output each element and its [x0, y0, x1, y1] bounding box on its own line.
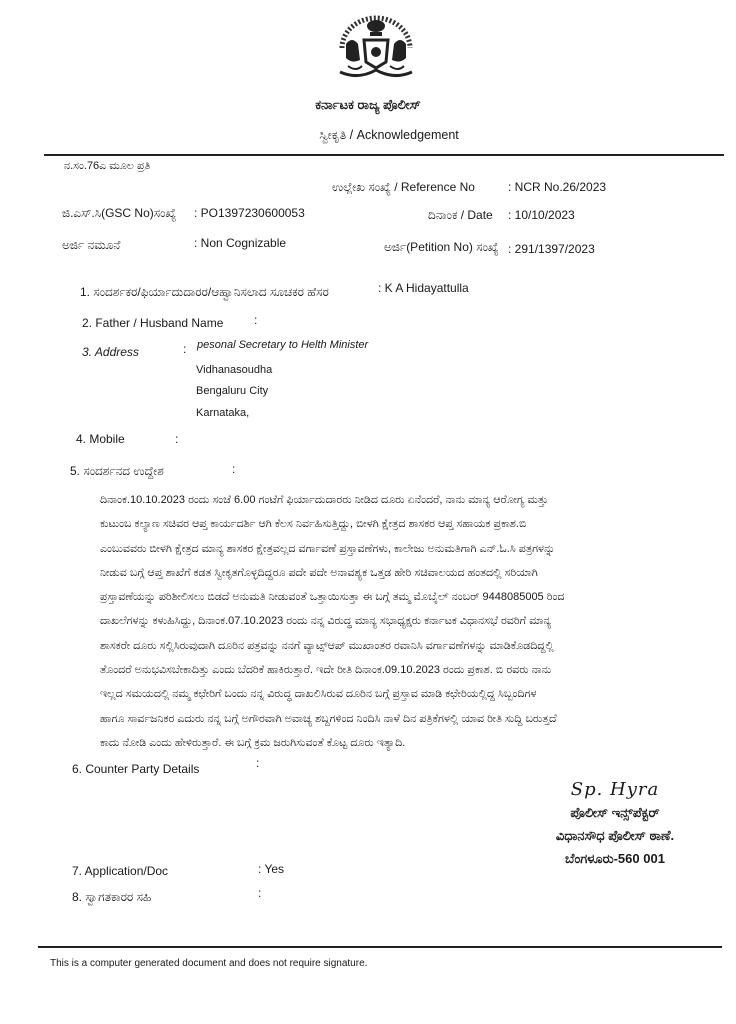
petition-label: ಅರ್ಜಿ(Petition No) ಸಂಖ್ಯೆ [384, 240, 499, 255]
organization-name: ಕರ್ನಾಟಕ ರಾಜ್ಯ ಪೊಲೀಸ್ [0, 97, 736, 113]
purpose-line: ದಿನಾಂಕ.10.10.2023 ರಂದು ಸಂಜೆ 6.00 ಗಂಟೆಗೆ … [100, 488, 712, 512]
mobile-value: : [175, 432, 178, 446]
purpose-line: ದಾಖಲೆಗಳನ್ನು ಕಳುಹಿಸಿದ್ದು, ದಿನಾಂಕ.07.10.20… [100, 609, 712, 633]
date-value: : 10/10/2023 [508, 208, 575, 222]
address-line-3: Bengaluru City [196, 385, 268, 397]
address-line-4: Karnataka, [196, 407, 249, 419]
application-doc-label: 7. Application/Doc [72, 864, 168, 878]
form-code: ನ.ಸಂ.76ಎ ಮೂಲ ಪ್ರತಿ [64, 160, 150, 173]
karnataka-police-emblem [328, 14, 424, 86]
counter-party-label: 6. Counter Party Details [72, 762, 199, 776]
complaint-type-label: ಅರ್ಜಿ ನಮೂನೆ [62, 238, 120, 253]
gsc-value: : PO1397230600053 [194, 206, 305, 220]
purpose-line: ನೀಡುವ ಬಗ್ಗೆ ಆಪ್ತ ಶಾಖೆಗೆ ಕಡತ ಸ್ವೀಕೃತಗೊಳ್ಳ… [100, 561, 712, 585]
address-colon: : [183, 342, 186, 356]
father-husband-label: 2. Father / Husband Name [82, 316, 223, 330]
receptionist-signature-label: 8. ಸ್ವಾಗತಕಾರರ ಸಹಿ [72, 890, 151, 905]
station-city: ಬೆಂಗಳೂರು-560 001 [520, 847, 710, 870]
visitor-name-value: : K A Hidayattulla [378, 281, 469, 295]
footer-divider [38, 946, 722, 948]
petition-value: : 291/1397/2023 [508, 242, 595, 256]
date-label: ದಿನಾಂಕ / Date [428, 208, 493, 223]
address-label: 3. Address [82, 345, 139, 359]
complaint-type-value: : Non Cognizable [194, 236, 286, 250]
purpose-line: ಹಾಗೂ ಸಾರ್ವಜನಿಕರ ಎದುರು ನನ್ನ ಬಗ್ಗೆ ಅಗೌರವಾಗ… [100, 707, 712, 731]
purpose-line: ತೊಂದರೆ ಅನುಭವಿಸಬೇಕಾದಿತ್ತು ಎಂದು ಬೆದರಿಕೆ ಹಾ… [100, 658, 712, 682]
counter-party-value: : [256, 756, 259, 770]
purpose-line: ಇಲ್ಲದ ಸಮಯದಲ್ಲಿ ನಮ್ಮ ಕಛೇರಿಗೆ ಬಂದು ನನ್ನ ವಿ… [100, 682, 712, 706]
purpose-line: ಶಾಸಕರೇ ದೂರು ಸಲ್ಲಿಸಿರುವುದಾಗಿ ದೂರಿನ ಪತ್ರವನ… [100, 634, 712, 658]
purpose-line: ಕುಟುಂಬ ಕಲ್ಯಾಣ ಸಚಿವರ ಆಪ್ತ ಕಾರ್ಯದರ್ಶಿ ಆಗಿ … [100, 512, 712, 536]
purpose-colon: : [232, 462, 235, 476]
header-divider [44, 154, 724, 156]
purpose-line: ಪ್ರಸ್ತಾವಣೆಯನ್ನು ಪರಿಶೀಲಿಸಲು ಬಿಡದೆ ಅನುಮತಿ … [100, 585, 712, 609]
purpose-line: ಎಂಬುವವರು ಬೀಳಗಿ ಕ್ಷೇತ್ರದ ಮಾನ್ಯ ಶಾಸಕರ ಕ್ಷೇ… [100, 537, 712, 561]
father-husband-value: : [254, 313, 257, 327]
handwritten-signature: Sp. Hyra [520, 778, 710, 801]
reference-label: ಉಲ್ಲೇಖ ಸಂಖ್ಯೆ / Reference No [332, 180, 475, 195]
visitor-name-label: 1. ಸಂದರ್ಶಕರ/ಫಿರ್ಯಾದುದಾರರ/ಆಹ್ವಾನಿಸಲಾದ ಸೂಚ… [80, 285, 329, 300]
address-line-2: Vidhanasoudha [196, 364, 272, 376]
document-title: ಸ್ವೀಕೃತಿ / Acknowledgement [0, 128, 736, 143]
gsc-label: ಜಿ.ಎಸ್.ಸಿ(GSC No)ಸಂಖ್ಯೆ [62, 206, 176, 221]
purpose-label: 5. ಸಂದರ್ಶನದ ಉದ್ದೇಶ [70, 464, 164, 479]
mobile-label: 4. Mobile [76, 432, 125, 446]
receptionist-signature-value: : [258, 886, 261, 900]
officer-signature-block: Sp. Hyra ಪೊಲೀಸ್ ಇನ್ಸ್‌ಪೆಕ್ಟರ್ ವಿಧಾನಸೌಧ ಪ… [520, 778, 710, 870]
purpose-paragraph: ದಿನಾಂಕ.10.10.2023 ರಂದು ಸಂಜೆ 6.00 ಗಂಟೆಗೆ … [100, 488, 712, 755]
purpose-line: ಕಾದು ನೋಡಿ ಎಂದು ಹೇಳಿರುತ್ತಾರೆ. ಈ ಬಗ್ಗೆ ಕ್ರ… [100, 731, 712, 755]
police-station: ವಿಧಾನಸೌಧ ಪೊಲೀಸ್ ಠಾಣೆ. [520, 824, 710, 847]
footer-note: This is a computer generated document an… [50, 958, 367, 969]
address-line-1: pesonal Secretary to Helth Minister [197, 339, 368, 351]
reference-value: : NCR No.26/2023 [508, 180, 606, 194]
application-doc-value: : Yes [258, 862, 284, 876]
officer-designation: ಪೊಲೀಸ್ ಇನ್ಸ್‌ಪೆಕ್ಟರ್ [520, 801, 710, 824]
